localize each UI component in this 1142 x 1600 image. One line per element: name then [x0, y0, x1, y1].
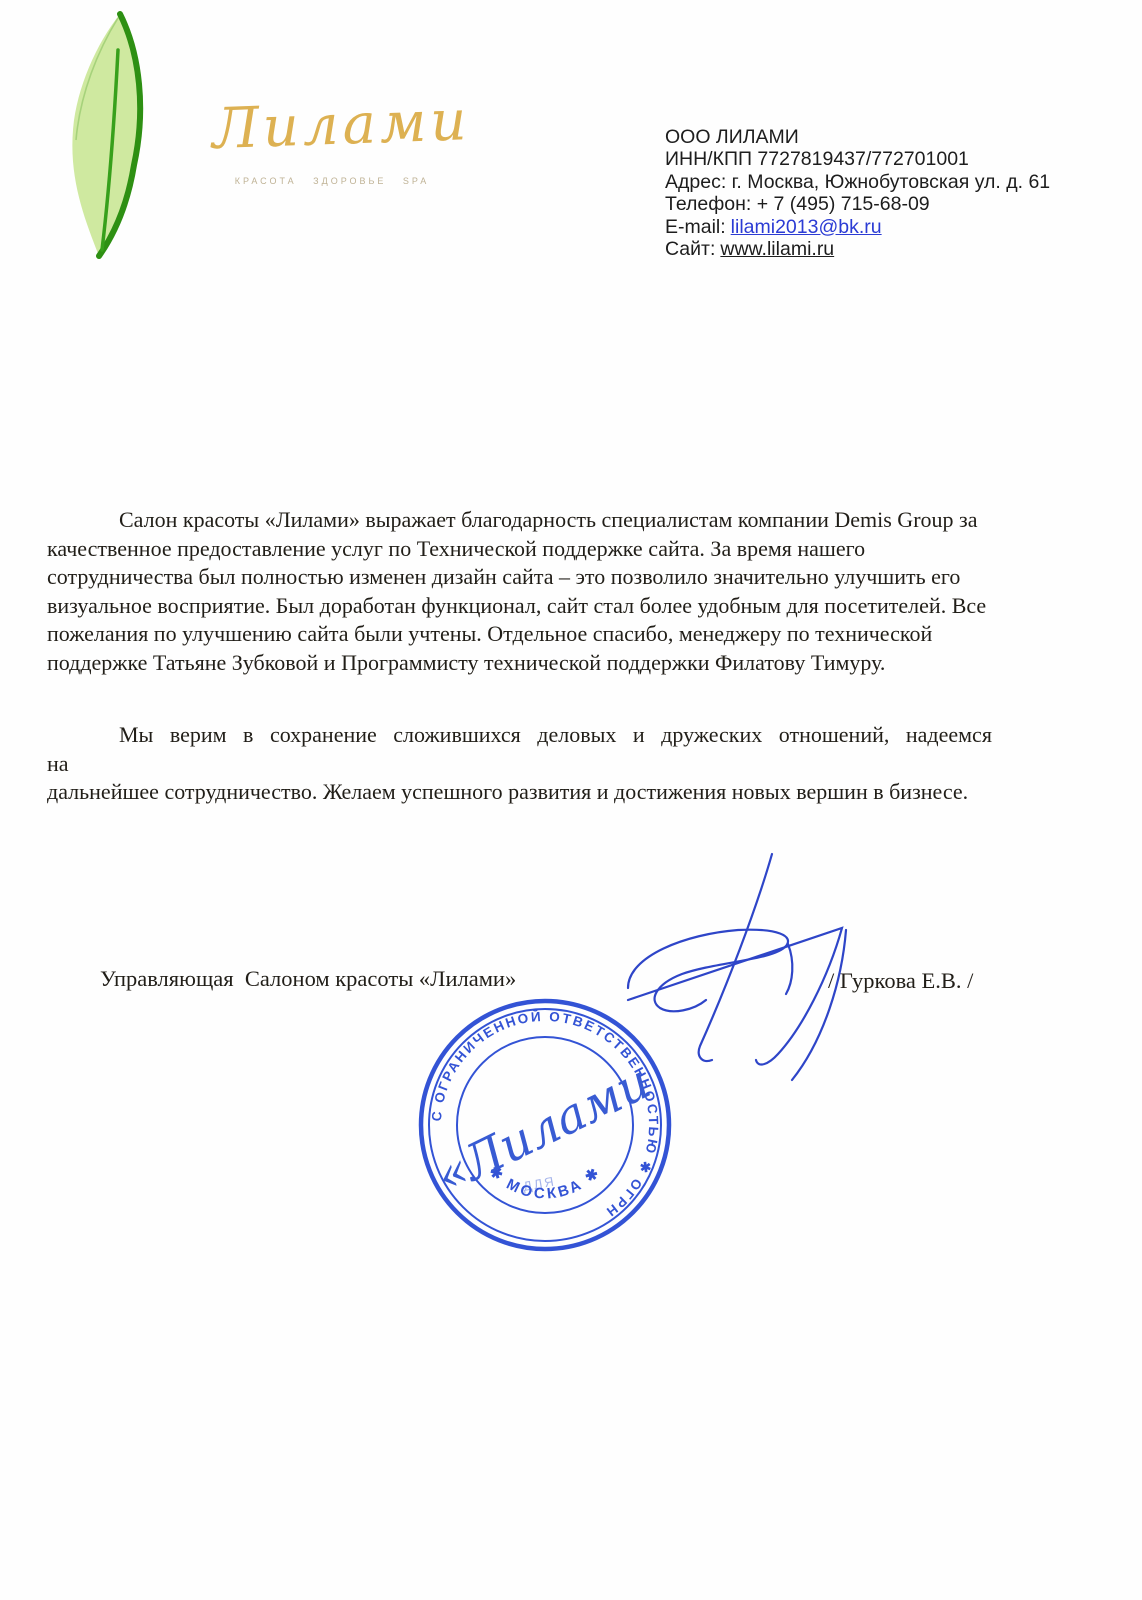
- body-line: пожелания по улучшению сайта были учтены…: [47, 620, 1015, 649]
- letter-page: Лилами КРАСОТА ЗДОРОВЬЕ SPA ООО ЛИЛАМИ И…: [0, 0, 1142, 1600]
- logo: Лилами КРАСОТА ЗДОРОВЬЕ SPA: [212, 98, 452, 186]
- paragraph-1: Салон красоты «Лилами» выражает благодар…: [47, 506, 1015, 678]
- site-link[interactable]: www.lilami.ru: [720, 238, 834, 260]
- company-address: Адрес: г. Москва, Южнобутовская ул. д. 6…: [665, 171, 1050, 193]
- company-info: ООО ЛИЛАМИ ИНН/КПП 7727819437/772701001 …: [665, 126, 1050, 260]
- logo-tagline: КРАСОТА ЗДОРОВЬЕ SPA: [212, 176, 452, 186]
- company-stamp: ОБЩЕСТВО С ОГРАНИЧЕННОЙ ОТВЕТСТВЕННОСТЬЮ…: [404, 993, 689, 1263]
- site-label: Сайт:: [665, 238, 715, 260]
- body-line: сотрудничества был полностью изменен диз…: [47, 563, 1015, 592]
- body-line: визуальное восприятие. Был доработан фун…: [47, 592, 1015, 621]
- company-site-row: Сайт:www.lilami.ru: [665, 238, 1050, 260]
- body-line: Мы верим в сохранение сложившихся деловы…: [47, 721, 1015, 778]
- company-org: ООО ЛИЛАМИ: [665, 126, 1050, 148]
- email-link[interactable]: lilami2013@bk.ru: [731, 216, 882, 238]
- body-line: Салон красоты «Лилами» выражает благодар…: [47, 506, 1015, 535]
- logo-text: Лилами: [211, 94, 453, 158]
- company-email-row: E-mail:lilami2013@bk.ru: [665, 216, 1050, 238]
- signature-stroke: [786, 944, 792, 994]
- company-inn-kpp: ИНН/КПП 7727819437/772701001: [665, 148, 1050, 170]
- email-label: E-mail:: [665, 216, 726, 238]
- paragraph-2: Мы верим в сохранение сложившихся деловы…: [47, 721, 1015, 807]
- leaf-graphic: [46, 8, 176, 269]
- signature-stroke: [792, 930, 846, 1080]
- body-line: дальнейшее сотрудничество. Желаем успешн…: [47, 778, 1015, 807]
- signature-role: Управляющая Салоном красоты «Лилами»: [100, 966, 516, 992]
- leaf-icon: [46, 8, 176, 264]
- body-line: поддержке Татьяне Зубковой и Программист…: [47, 649, 1015, 678]
- body-line: качественное предоставление услуг по Тех…: [47, 535, 1015, 564]
- company-phone: Телефон: + 7 (495) 715-68-09: [665, 193, 1050, 215]
